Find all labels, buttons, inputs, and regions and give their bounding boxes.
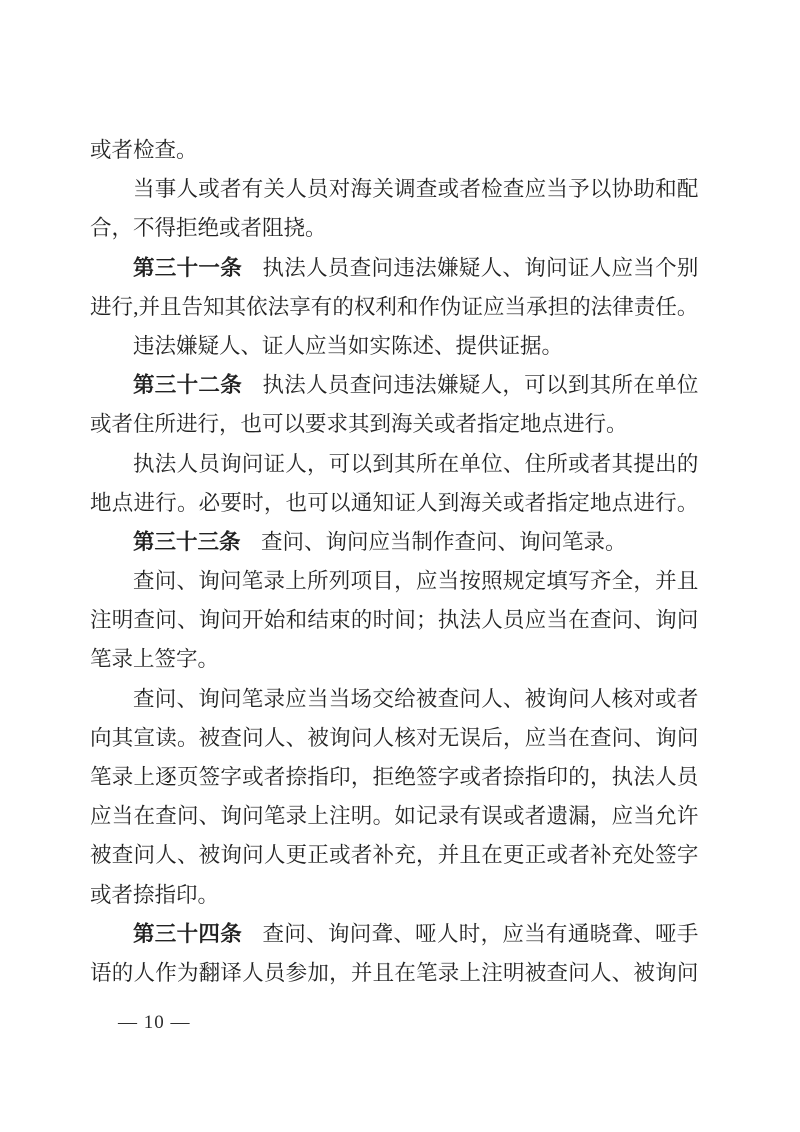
text-line: 或者捺指印。 [90,876,698,915]
line-text: 查问、询问应当制作查问、询问笔录。 [261,530,627,554]
line-text: 笔录上逐页签字或者捺指印，拒绝签字或者捺指印的，执法人员 [90,765,698,789]
article-number: 第三十三条 [133,530,241,554]
line-text: 应当在查问、询问笔录上注明。如记录有误或者遗漏，应当允许 [90,804,698,828]
line-text: 当事人或者有关人员对海关调查或者检查应当予以协助和配 [133,177,698,201]
line-text: 语的人作为翻译人员参加，并且在笔录上注明被查问人、被询问 [90,961,698,985]
article-number: 第三十一条 [133,256,242,280]
line-text: 查问、询问聋、哑人时，应当有通晓聋、哑手 [262,922,698,946]
text-line: 语的人作为翻译人员参加，并且在笔录上注明被查问人、被询问 [90,954,698,993]
text-line-article-33: 第三十三条查问、询问应当制作查问、询问笔录。 [90,523,698,562]
text-line: 进行,并且告知其依法享有的权利和作伪证应当承担的法律责任。 [90,288,698,327]
text-line: 执法人员询问证人，可以到其所在单位、住所或者其提出的 [90,445,698,484]
document-page: 或者检查。 当事人或者有关人员对海关调查或者检查应当予以协助和配 合，不得拒绝或… [0,0,800,1132]
text-line: 或者住所进行，也可以要求其到海关或者指定地点进行。 [90,405,698,444]
text-line: 违法嫌疑人、证人应当如实陈述、提供证据。 [90,327,698,366]
text-line: 查问、询问笔录应当当场交给被查问人、被询问人核对或者 [90,680,698,719]
line-text: 或者检查。 [90,138,198,162]
text-line-article-34: 第三十四条查问、询问聋、哑人时，应当有通晓聋、哑手 [90,915,698,954]
page-number: — 10 — [118,1012,191,1034]
line-text: 进行,并且告知其依法享有的权利和作伪证应当承担的法律责任。 [90,295,698,319]
text-line: 或者检查。 [90,131,698,170]
line-text: 注明查问、询问开始和结束的时间；执法人员应当在查问、询问 [90,608,698,632]
text-line: 当事人或者有关人员对海关调查或者检查应当予以协助和配 [90,170,698,209]
line-text: 或者捺指印。 [90,883,219,907]
line-text: 违法嫌疑人、证人应当如实陈述、提供证据。 [133,334,563,358]
text-line: 地点进行。必要时，也可以通知证人到海关或者指定地点进行。 [90,484,698,523]
text-line: 合，不得拒绝或者阻挠。 [90,209,698,248]
text-line-article-32: 第三十二条执法人员查问违法嫌疑人，可以到其所在单位 [90,366,698,405]
line-text: 执法人员询问证人，可以到其所在单位、住所或者其提出的 [133,452,698,476]
line-text: 被查问人、被询问人更正或者补充，并且在更正或者补充处签字 [90,843,698,867]
line-text: 或者住所进行，也可以要求其到海关或者指定地点进行。 [90,412,628,436]
document-body: 或者检查。 当事人或者有关人员对海关调查或者检查应当予以协助和配 合，不得拒绝或… [90,131,698,993]
line-text: 合，不得拒绝或者阻挠。 [90,216,327,240]
text-line: 注明查问、询问开始和结束的时间；执法人员应当在查问、询问 [90,601,698,640]
line-text: 执法人员查问违法嫌疑人，可以到其所在单位 [262,373,698,397]
text-line: 笔录上签字。 [90,640,698,679]
text-line: 查问、询问笔录上所列项目，应当按照规定填写齐全，并且 [90,562,698,601]
line-text: 向其宣读。被查问人、被询问人核对无误后，应当在查问、询问 [90,726,698,750]
line-text: 查问、询问笔录应当当场交给被查问人、被询问人核对或者 [133,687,698,711]
article-number: 第三十四条 [133,922,242,946]
text-line: 被查问人、被询问人更正或者补充，并且在更正或者补充处签字 [90,836,698,875]
article-number: 第三十二条 [133,373,242,397]
line-text: 地点进行。必要时，也可以通知证人到海关或者指定地点进行。 [90,491,698,515]
line-text: 笔录上签字。 [90,647,219,671]
text-line: 向其宣读。被查问人、被询问人核对无误后，应当在查问、询问 [90,719,698,758]
text-line: 笔录上逐页签字或者捺指印，拒绝签字或者捺指印的，执法人员 [90,758,698,797]
text-line-article-31: 第三十一条执法人员查问违法嫌疑人、询问证人应当个别 [90,249,698,288]
line-text: 执法人员查问违法嫌疑人、询问证人应当个别 [262,256,698,280]
line-text: 查问、询问笔录上所列项目，应当按照规定填写齐全，并且 [133,569,698,593]
text-line: 应当在查问、询问笔录上注明。如记录有误或者遗漏，应当允许 [90,797,698,836]
